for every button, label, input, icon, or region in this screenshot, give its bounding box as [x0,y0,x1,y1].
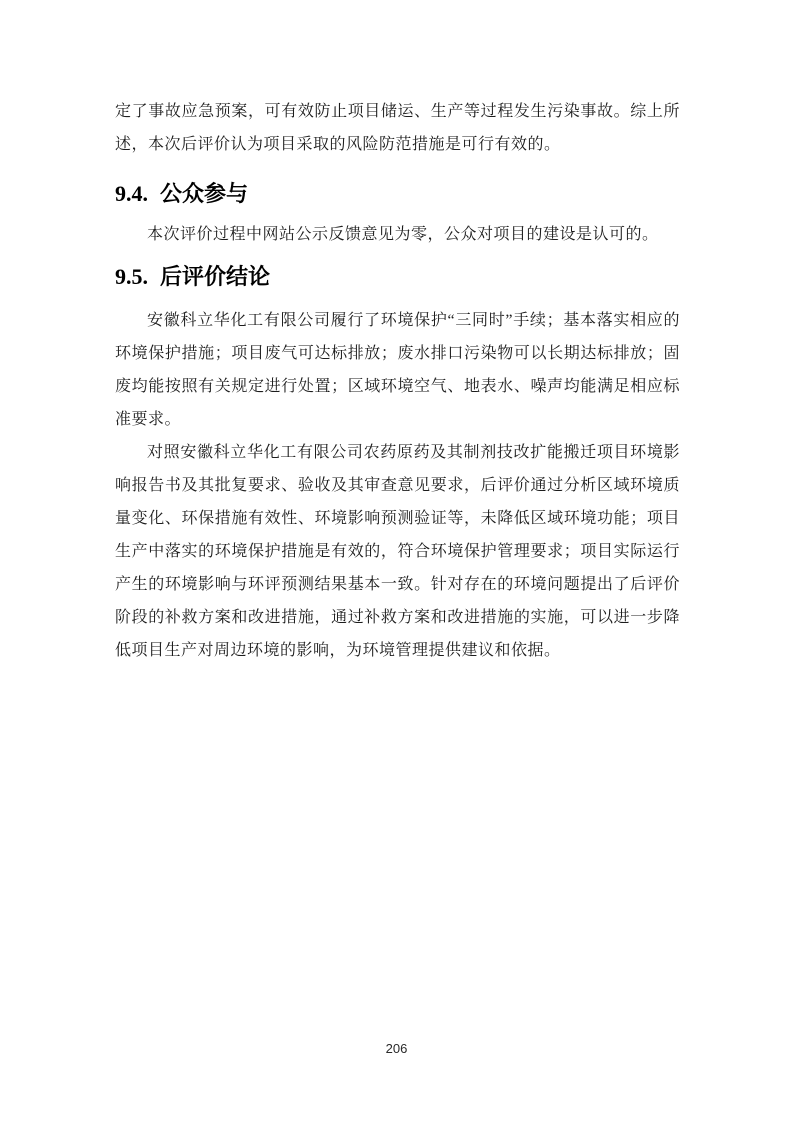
section-heading-9-5: 9.5.后评价结论 [115,263,680,291]
continuation-paragraph: 定了事故应急预案，可有效防止项目储运、生产等过程发生污染事故。综上所述，本次后评… [115,95,680,161]
section-title: 公众参与 [160,181,248,206]
page-number: 206 [0,1041,793,1056]
section-title: 后评价结论 [160,264,270,289]
document-page: 定了事故应急预案，可有效防止项目储运、生产等过程发生污染事故。综上所述，本次后评… [0,0,793,1122]
section-number: 9.4. [115,180,148,208]
paragraph: 安徽科立华化工有限公司履行了环境保护“三同时”手续；基本落实相应的环境保护措施；… [115,304,680,436]
paragraph: 对照安徽科立华化工有限公司农药原药及其制剂技改扩能搬迁项目环境影响报告书及其批复… [115,436,680,667]
section-heading-9-4: 9.4.公众参与 [115,180,680,208]
paragraph: 本次评价过程中网站公示反馈意见为零，公众对项目的建设是认可的。 [115,218,680,251]
section-number: 9.5. [115,263,148,291]
